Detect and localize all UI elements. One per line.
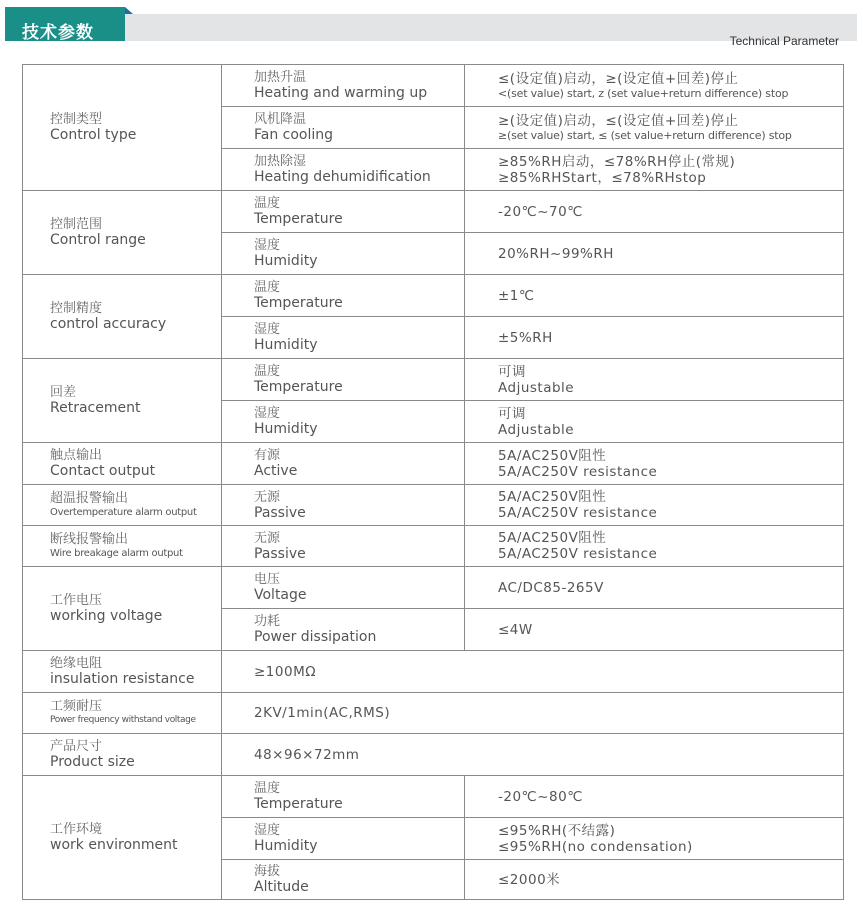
table-row: 超温报警输出 Overtemperature alarm output 无源 P… (23, 485, 844, 526)
value-cn: ≥85%RH启动，≤78%RH停止(常规) (498, 154, 843, 170)
value-cell: ≤2000米 (465, 860, 844, 900)
category-cn: 控制类型 (50, 112, 221, 127)
label-cn: 海拔 (254, 864, 464, 879)
category-en: Wire breakage alarm output (50, 547, 221, 561)
table-row: 工频耐压 Power frequency withstand voltage 2… (23, 693, 844, 734)
label-en: Temperature (254, 379, 464, 395)
value-cn: 5A/AC250V阻性 (498, 530, 843, 546)
label-en: Heating dehumidification (254, 169, 464, 185)
category-cell: 工作环境 work environment (23, 776, 222, 900)
value-cell: -20℃~70℃ (465, 191, 844, 233)
label-en: Voltage (254, 587, 464, 603)
category-cn: 工作环境 (50, 822, 221, 837)
label-en: Temperature (254, 796, 464, 812)
header-bar: Technical Parameter (125, 14, 857, 41)
category-en: insulation resistance (50, 671, 221, 687)
label-cn: 电压 (254, 572, 464, 587)
value: ≤2000米 (498, 872, 843, 888)
label-en: Power dissipation (254, 629, 464, 645)
category-cell: 绝缘电阻 insulation resistance (23, 651, 222, 693)
label-cell: 海拔 Altitude (222, 860, 465, 900)
table-row: 工作电压 working voltage 电压 Voltage AC/DC85-… (23, 567, 844, 609)
value-cell: 可调 Adjustable (465, 359, 844, 401)
label-en: Active (254, 463, 464, 479)
table-row: 绝缘电阻 insulation resistance ≥100MΩ (23, 651, 844, 693)
label-cell: 无源 Passive (222, 485, 465, 526)
value-cn: ≥(设定值)启动，≤(设定值+回差)停止 (498, 113, 843, 129)
label-cell: 温度 Temperature (222, 191, 465, 233)
label-cn: 湿度 (254, 238, 464, 253)
category-cn: 控制精度 (50, 301, 221, 316)
category-cn: 工频耐压 (50, 699, 221, 714)
value-cell: AC/DC85-265V (465, 567, 844, 609)
value-cell: 可调 Adjustable (465, 401, 844, 443)
value: -20℃~70℃ (498, 204, 843, 220)
value: ≥100MΩ (254, 664, 843, 680)
category-en: Overtemperature alarm output (50, 506, 221, 520)
category-cell: 回差 Retracement (23, 359, 222, 443)
value-cell: 48×96×72mm (222, 734, 844, 776)
label-cell: 温度 Temperature (222, 776, 465, 818)
category-en: Retracement (50, 400, 221, 416)
category-cn: 产品尺寸 (50, 739, 221, 754)
category-cell: 触点输出 Contact output (23, 443, 222, 485)
value: 20%RH~99%RH (498, 246, 843, 262)
label-cn: 温度 (254, 781, 464, 796)
table-row: 控制类型 Control type 加热升温 Heating and warmi… (23, 65, 844, 107)
category-cell: 断线报警输出 Wire breakage alarm output (23, 526, 222, 567)
category-en: Control range (50, 232, 221, 248)
category-cn: 回差 (50, 385, 221, 400)
label-cn: 温度 (254, 280, 464, 295)
section-title-cn: 技术参数 (22, 18, 94, 43)
label-cn: 湿度 (254, 322, 464, 337)
label-en: Fan cooling (254, 127, 464, 143)
category-cell: 工频耐压 Power frequency withstand voltage (23, 693, 222, 734)
label-cell: 湿度 Humidity (222, 401, 465, 443)
label-cell: 加热除湿 Heating dehumidification (222, 149, 465, 191)
value-en: 5A/AC250V resistance (498, 464, 843, 480)
category-cell: 控制范围 Control range (23, 191, 222, 275)
value: ±1℃ (498, 288, 843, 304)
label-en: Temperature (254, 295, 464, 311)
label-cell: 风机降温 Fan cooling (222, 107, 465, 149)
label-cell: 湿度 Humidity (222, 233, 465, 275)
category-en: Power frequency withstand voltage (50, 714, 221, 727)
value-cn: ≤(设定值)启动，≥(设定值+回差)停止 (498, 71, 843, 87)
label-en: Humidity (254, 838, 464, 854)
category-cn: 绝缘电阻 (50, 656, 221, 671)
value-cn: 5A/AC250V阻性 (498, 448, 843, 464)
value-cell: ≤4W (465, 609, 844, 651)
label-cell: 温度 Temperature (222, 359, 465, 401)
category-cell: 控制精度 control accuracy (23, 275, 222, 359)
value-en: <(set value) start, z (set value+return … (498, 87, 843, 101)
label-cn: 功耗 (254, 614, 464, 629)
section-title-tab: 技术参数 (5, 7, 125, 41)
label-cn: 温度 (254, 364, 464, 379)
value-cell: 5A/AC250V阻性 5A/AC250V resistance (465, 485, 844, 526)
label-cn: 温度 (254, 196, 464, 211)
value-en: ≥(set value) start, ≤ (set value+return … (498, 129, 843, 143)
category-cell: 超温报警输出 Overtemperature alarm output (23, 485, 222, 526)
category-cell: 控制类型 Control type (23, 65, 222, 191)
table-row: 控制精度 control accuracy 温度 Temperature ±1℃ (23, 275, 844, 317)
value: ±5%RH (498, 330, 843, 346)
category-en: work environment (50, 837, 221, 853)
label-cell: 无源 Passive (222, 526, 465, 567)
category-cn: 超温报警输出 (50, 491, 221, 506)
value-cell: ±5%RH (465, 317, 844, 359)
value-en: 5A/AC250V resistance (498, 546, 843, 562)
value-en: Adjustable (498, 380, 843, 396)
value-cell: ±1℃ (465, 275, 844, 317)
value-cell: 2KV/1min(AC,RMS) (222, 693, 844, 734)
category-en: Contact output (50, 463, 221, 479)
label-cell: 加热升温 Heating and warming up (222, 65, 465, 107)
value-cn: ≤95%RH(不结露) (498, 823, 843, 839)
label-cell: 功耗 Power dissipation (222, 609, 465, 651)
label-en: Passive (254, 505, 464, 521)
label-en: Humidity (254, 253, 464, 269)
label-cn: 湿度 (254, 406, 464, 421)
section-title-en: Technical Parameter (730, 34, 839, 48)
label-cn: 加热升温 (254, 70, 464, 85)
label-en: Heating and warming up (254, 85, 464, 101)
category-cn: 断线报警输出 (50, 532, 221, 547)
label-cn: 加热除湿 (254, 154, 464, 169)
label-cn: 湿度 (254, 823, 464, 838)
spec-table: 控制类型 Control type 加热升温 Heating and warmi… (22, 64, 844, 900)
label-cell: 有源 Active (222, 443, 465, 485)
value-cell: 5A/AC250V阻性 5A/AC250V resistance (465, 443, 844, 485)
category-cn: 触点输出 (50, 448, 221, 463)
value-en: ≥85%RHStart，≤78%RHstop (498, 170, 843, 186)
value-cell: 20%RH~99%RH (465, 233, 844, 275)
label-cn: 无源 (254, 490, 464, 505)
label-en: Temperature (254, 211, 464, 227)
value-cell: ≤95%RH(不结露) ≤95%RH(no condensation) (465, 818, 844, 860)
value-cn: 可调 (498, 364, 843, 380)
label-cn: 无源 (254, 531, 464, 546)
category-cn: 工作电压 (50, 593, 221, 608)
value-cn: 5A/AC250V阻性 (498, 489, 843, 505)
label-cell: 湿度 Humidity (222, 818, 465, 860)
label-cell: 湿度 Humidity (222, 317, 465, 359)
value-cn: 可调 (498, 406, 843, 422)
value-cell: 5A/AC250V阻性 5A/AC250V resistance (465, 526, 844, 567)
corner-triangle-icon (125, 7, 133, 14)
value: ≤4W (498, 622, 843, 638)
value: -20℃~80℃ (498, 789, 843, 805)
value-cell: ≤(设定值)启动，≥(设定值+回差)停止 <(set value) start,… (465, 65, 844, 107)
value-cell: ≥(设定值)启动，≤(设定值+回差)停止 ≥(set value) start,… (465, 107, 844, 149)
category-cell: 工作电压 working voltage (23, 567, 222, 651)
category-en: Control type (50, 127, 221, 143)
category-en: Product size (50, 754, 221, 770)
value: AC/DC85-265V (498, 580, 843, 596)
table-row: 断线报警输出 Wire breakage alarm output 无源 Pas… (23, 526, 844, 567)
value: 2KV/1min(AC,RMS) (254, 705, 843, 721)
label-en: Altitude (254, 879, 464, 895)
table-row: 工作环境 work environment 温度 Temperature -20… (23, 776, 844, 818)
table-row: 控制范围 Control range 温度 Temperature -20℃~7… (23, 191, 844, 233)
value-cell: -20℃~80℃ (465, 776, 844, 818)
label-cn: 有源 (254, 448, 464, 463)
label-en: Humidity (254, 337, 464, 353)
table-row: 产品尺寸 Product size 48×96×72mm (23, 734, 844, 776)
label-cn: 风机降温 (254, 112, 464, 127)
value-cell: ≥100MΩ (222, 651, 844, 693)
table-row: 触点输出 Contact output 有源 Active 5A/AC250V阻… (23, 443, 844, 485)
category-cell: 产品尺寸 Product size (23, 734, 222, 776)
value-en: Adjustable (498, 422, 843, 438)
category-en: control accuracy (50, 316, 221, 332)
value-cell: ≥85%RH启动，≤78%RH停止(常规) ≥85%RHStart，≤78%RH… (465, 149, 844, 191)
category-cn: 控制范围 (50, 217, 221, 232)
label-cell: 电压 Voltage (222, 567, 465, 609)
label-en: Humidity (254, 421, 464, 437)
label-en: Passive (254, 546, 464, 562)
value-en: 5A/AC250V resistance (498, 505, 843, 521)
value-en: ≤95%RH(no condensation) (498, 839, 843, 855)
category-en: working voltage (50, 608, 221, 624)
value: 48×96×72mm (254, 747, 843, 763)
table-row: 回差 Retracement 温度 Temperature 可调 Adjusta… (23, 359, 844, 401)
label-cell: 温度 Temperature (222, 275, 465, 317)
